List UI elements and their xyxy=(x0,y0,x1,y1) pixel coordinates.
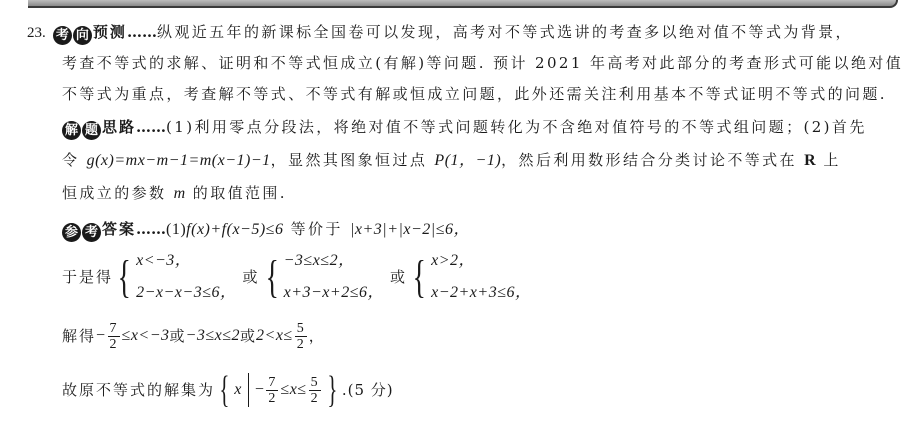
math-var-m: m xyxy=(174,185,186,202)
prediction-text: 纵观近五年的新课标全国卷可以发现，高考对不等式选讲的考查多以绝对值不等式为背景， xyxy=(157,23,853,41)
system-row: −3≤x≤2， xyxy=(284,251,384,271)
system-row: x+3−x+2≤6， xyxy=(284,283,384,303)
leader-dots: …… xyxy=(127,23,157,41)
or-label: 或 xyxy=(243,267,259,287)
left-brace-icon: { xyxy=(219,371,230,409)
top-border-decoration xyxy=(28,0,898,8)
badge-icon-kao: 考 xyxy=(53,26,72,45)
denominator: 2 xyxy=(311,391,319,406)
math-interval-3: 2<x≤ xyxy=(256,326,293,346)
text: 于是得 xyxy=(62,267,113,287)
score-label: .(5 分) xyxy=(342,380,394,400)
text: 故原不等式的解集为 xyxy=(62,380,215,400)
numerator: 5 xyxy=(295,321,307,337)
denominator: 2 xyxy=(110,337,118,352)
numerator: 5 xyxy=(309,375,321,391)
answer-systems: 于是得 { x<−3，2−x−x−3≤6， 或 { −3≤x≤2，x+3−x+2… xyxy=(62,252,532,302)
math-g-function: g(x)=mx−m−1=m(x−1)−1 xyxy=(87,152,271,169)
text: 等价于 xyxy=(283,220,350,238)
prediction-line-1: 23. 考向预测……纵观近五年的新课标全国卷可以发现，高考对不等式选讲的考查多以… xyxy=(27,22,853,45)
numerator: 7 xyxy=(266,375,278,391)
or-label: 或 xyxy=(240,326,256,346)
minus-sign: − xyxy=(96,326,106,346)
fraction-7-2: 72 xyxy=(266,375,278,406)
system-row: x<−3， xyxy=(136,251,236,271)
brace-icon: { xyxy=(118,254,132,300)
text: 的取值范围. xyxy=(186,184,287,202)
text: 解得 xyxy=(62,326,96,346)
prediction-line-3: 不等式为重点，考查解不等式、不等式有解或恒成立问题，此外还需关注利用基本不等式证… xyxy=(62,84,887,104)
badge-icon-xiang: 向 xyxy=(73,26,92,45)
leader-dots: …… xyxy=(136,118,166,136)
part-label: (1) xyxy=(166,221,186,238)
numerator: 7 xyxy=(108,321,120,337)
system-row: x−2+x+3≤6， xyxy=(431,283,531,303)
fraction-5-2: 52 xyxy=(295,321,307,352)
fraction-5-2: 52 xyxy=(309,375,321,406)
answer-final-line: 故原不等式的解集为 { x − 72 ≤x≤ 52 } .(5 分) xyxy=(62,368,394,412)
text: 恒成立的参数 xyxy=(62,184,174,202)
brace-icon: { xyxy=(265,254,279,300)
or-label: 或 xyxy=(390,267,406,287)
badge-icon-kao2: 考 xyxy=(82,223,101,242)
math-interval-2: −3≤x≤2 xyxy=(186,326,240,346)
inequality-system-3: { x>2，x−2+x+3≤6， xyxy=(408,251,531,303)
answer-title: 答案 xyxy=(102,220,136,238)
badge-icon-can: 参 xyxy=(62,223,81,242)
badge-icon-jie: 解 xyxy=(62,121,81,140)
approach-line-3: 恒成立的参数 m 的取值范围. xyxy=(62,183,287,204)
answer-solve-line: 解得 − 72 ≤x<−3 或 −3≤x≤2 或 2<x≤ 52 ， xyxy=(62,316,325,356)
text: 上 xyxy=(816,151,841,169)
denominator: 2 xyxy=(268,391,276,406)
text: ，然后利用数形结合分类讨论不等式在 xyxy=(501,151,804,169)
approach-title: 思路 xyxy=(102,118,136,136)
system-row: x>2， xyxy=(431,251,531,271)
math-point-p: P(1，−1) xyxy=(434,152,501,169)
math-interval: ≤x≤ xyxy=(280,380,306,400)
math-abs-sum: |x+3|+|x−2|≤6， xyxy=(350,221,470,238)
math-interval-1: ≤x<−3 xyxy=(122,326,170,346)
answer-line-1: 参考答案……(1)f(x)+f(x−5)≤6 等价于 |x+3|+|x−2|≤6… xyxy=(62,219,470,242)
prediction-title: 预测 xyxy=(93,23,127,41)
set-variable: x xyxy=(234,380,242,400)
fraction-7-2: 72 xyxy=(108,321,120,352)
approach-line-2: 令 g(x)=mx−m−1=m(x−1)−1，显然其图象恒过点 P(1，−1)，… xyxy=(62,150,841,171)
badge-icon-ti: 题 xyxy=(82,121,101,140)
approach-line-1: 解题思路……(1)利用零点分段法，将绝对值不等式问题转化为不含绝对值符号的不等式… xyxy=(62,117,867,140)
math-real-set: R xyxy=(804,152,816,169)
right-brace-icon: } xyxy=(327,371,338,409)
system-row: 2−x−x−3≤6， xyxy=(136,283,236,303)
inequality-system-1: { x<−3，2−x−x−3≤6， xyxy=(113,251,236,303)
prediction-line-2: 考查不等式的求解、证明和不等式恒成立(有解)等问题. 预计 2021 年高考对此… xyxy=(62,53,903,73)
comma: ， xyxy=(309,326,325,346)
approach-text: (1)利用零点分段法，将绝对值不等式问题转化为不含绝对值符号的不等式组问题；(2… xyxy=(166,118,867,136)
leader-dots: …… xyxy=(136,220,166,238)
set-divider xyxy=(248,373,249,407)
brace-icon: { xyxy=(413,254,427,300)
denominator: 2 xyxy=(297,337,305,352)
text: ，显然其图象恒过点 xyxy=(271,151,435,169)
question-number: 23. xyxy=(27,25,46,41)
inequality-system-2: { −3≤x≤2，x+3−x+2≤6， xyxy=(261,251,384,303)
math-f-sum: f(x)+f(x−5)≤6 xyxy=(186,221,283,238)
or-label: 或 xyxy=(170,326,186,346)
text: 令 xyxy=(62,151,87,169)
minus-sign: − xyxy=(255,380,265,400)
